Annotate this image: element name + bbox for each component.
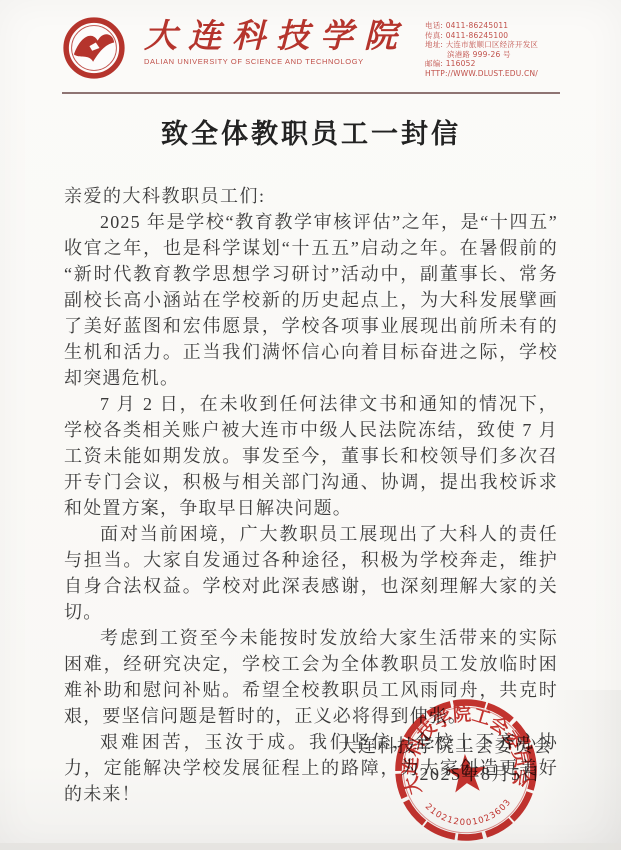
paragraph-1: 2025 年是学校“教育教学审核评估”之年，是“十四五”收官之年，也是科学谋划“… bbox=[64, 209, 558, 391]
contact-address-2: 滨港路 999-26 号 bbox=[425, 50, 563, 60]
photo-edge-artifact bbox=[0, 843, 621, 850]
contact-fax: 传真: 0411-86245100 bbox=[425, 31, 563, 41]
university-logo bbox=[62, 16, 126, 80]
contact-postcode: 邮编: 116052 bbox=[425, 59, 563, 69]
seal-star bbox=[445, 753, 487, 793]
photo-shadow-artifact bbox=[541, 690, 621, 850]
letterhead: 大连科技学院 DALIAN UNIVERSITY OF SCIENCE AND … bbox=[62, 14, 563, 88]
contact-website: HTTP://WWW.DLUST.EDU.CN/ bbox=[425, 69, 563, 79]
contact-info: 电话: 0411-86245011 传真: 0411-86245100 地址: … bbox=[425, 14, 563, 78]
header-divider bbox=[62, 92, 560, 94]
university-name-zh: 大连科技学院 bbox=[144, 18, 425, 54]
contact-phone: 电话: 0411-86245011 bbox=[425, 21, 563, 31]
official-seal: 大连科技学院工会委员会 210212001023603 bbox=[385, 689, 547, 850]
paragraph-2: 7 月 2 日，在未收到任何法律文书和通知的情况下，学校各类相关账户被大连市中级… bbox=[64, 391, 558, 521]
letter-page: 大连科技学院 DALIAN UNIVERSITY OF SCIENCE AND … bbox=[0, 0, 621, 850]
contact-address: 地址: 大连市旅顺口区经济开发区 bbox=[425, 40, 563, 50]
salutation: 亲爱的大科教职员工们: bbox=[64, 183, 558, 209]
university-name-en: DALIAN UNIVERSITY OF SCIENCE AND TECHNOL… bbox=[144, 57, 425, 66]
paragraph-3: 面对当前困境，广大教职员工展现出了大科人的责任与担当。大家自发通过各种途径，积极… bbox=[64, 521, 558, 625]
university-name-block: 大连科技学院 DALIAN UNIVERSITY OF SCIENCE AND … bbox=[126, 14, 425, 66]
letter-title: 致全体教职员工一封信 bbox=[64, 112, 558, 151]
